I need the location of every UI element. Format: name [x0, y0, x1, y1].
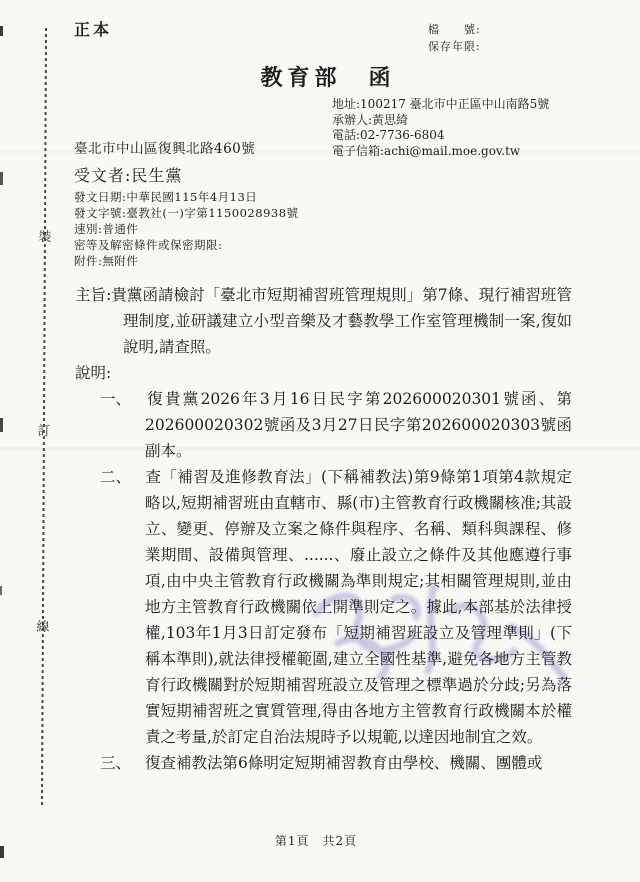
recipient-street-address: 臺北市中山區復興北路460號 [74, 137, 255, 157]
binding-char-zhuang: 裝 [37, 226, 53, 245]
scanned-official-letter: 裝 訂 線 正本 檔 號: 保存年限: 教育部 函 地址:100217 臺北市中… [0, 0, 640, 882]
scan-edge-artifact [0, 418, 3, 432]
subject-text: 貴黨函請檢討「臺北市短期補習班管理規則」第7條、現行補習班管理制度,並研議建立小… [111, 286, 572, 356]
item-2-number: 二、 [100, 464, 145, 490]
agency-email: 電子信箱:achi@mail.moe.gov.tw [332, 144, 549, 160]
item-1-number: 一、 [100, 386, 145, 412]
explanation-item-2: 二、查「補習及進修教育法」(下稱補教法)第9條第1項第4款規定略以,短期補習班由… [75, 464, 572, 750]
file-number-block: 檔 號: 保存年限: [428, 21, 481, 55]
binding-char-ding: 訂 [36, 420, 52, 439]
page-number-footer: 第1頁 共2頁 [0, 832, 632, 849]
item-2-text: 查「補習及進修教育法」(下稱補教法)第9條第1項第4款規定略以,短期補習班由直轄… [145, 468, 572, 746]
dispatch-number: 發文字號:臺教社(一)字第1150028938號 [74, 205, 299, 221]
copy-type-label: 正本 [74, 17, 112, 40]
dispatch-date: 發文日期:中華民國115年4月13日 [74, 189, 299, 205]
document-title: 教育部 函 [0, 61, 640, 92]
item-3-number: 三、 [100, 750, 145, 776]
dispatch-meta-block: 發文日期:中華民國115年4月13日 發文字號:臺教社(一)字第11500289… [74, 189, 299, 269]
explanation-item-1: 一、復貴黨2026年3月16日民字第202600020301號函、第202600… [75, 386, 572, 464]
item-1-text: 復貴黨2026年3月16日民字第202600020301號函、第20260002… [145, 390, 572, 460]
scan-edge-artifact [0, 172, 3, 185]
confidentiality: 密等及解密條件或保密期限: [74, 237, 299, 253]
scan-edge-artifact [0, 26, 3, 36]
retention-period-label: 保存年限: [428, 38, 481, 55]
binding-margin: 裝 訂 線 [34, 28, 54, 806]
agency-address: 地址:100217 臺北市中正區中山南路5號 [332, 97, 549, 113]
letter-body: 主旨:貴黨函請檢討「臺北市短期補習班管理規則」第7條、現行補習班管理制度,並研議… [75, 282, 572, 776]
agency-phone: 電話:02-7736-6804 [332, 128, 549, 144]
subject-label: 主旨: [75, 286, 111, 304]
binding-char-xian: 線 [35, 616, 51, 635]
attachment: 附件:無附件 [74, 253, 299, 269]
file-number-label: 檔 號: [428, 21, 481, 38]
explanation-item-3: 三、復查補教法第6條明定短期補習教育由學校、機關、團體或 [75, 750, 572, 776]
binding-dotted-line [41, 28, 47, 806]
agency-contact-block: 地址:100217 臺北市中正區中山南路5號 承辦人:黃思綺 電話:02-773… [332, 97, 549, 159]
priority: 速別:普通件 [74, 221, 299, 237]
scan-edge-artifact [0, 586, 2, 595]
explanation-label: 說明: [75, 360, 572, 386]
item-3-text: 復查補教法第6條明定短期補習教育由學校、機關、團體或 [145, 754, 542, 772]
agency-contact-person: 承辦人:黃思綺 [332, 113, 549, 129]
subject-paragraph: 主旨:貴黨函請檢討「臺北市短期補習班管理規則」第7條、現行補習班管理制度,並研議… [75, 282, 572, 360]
recipient-line: 受文者:民生黨 [74, 163, 182, 186]
